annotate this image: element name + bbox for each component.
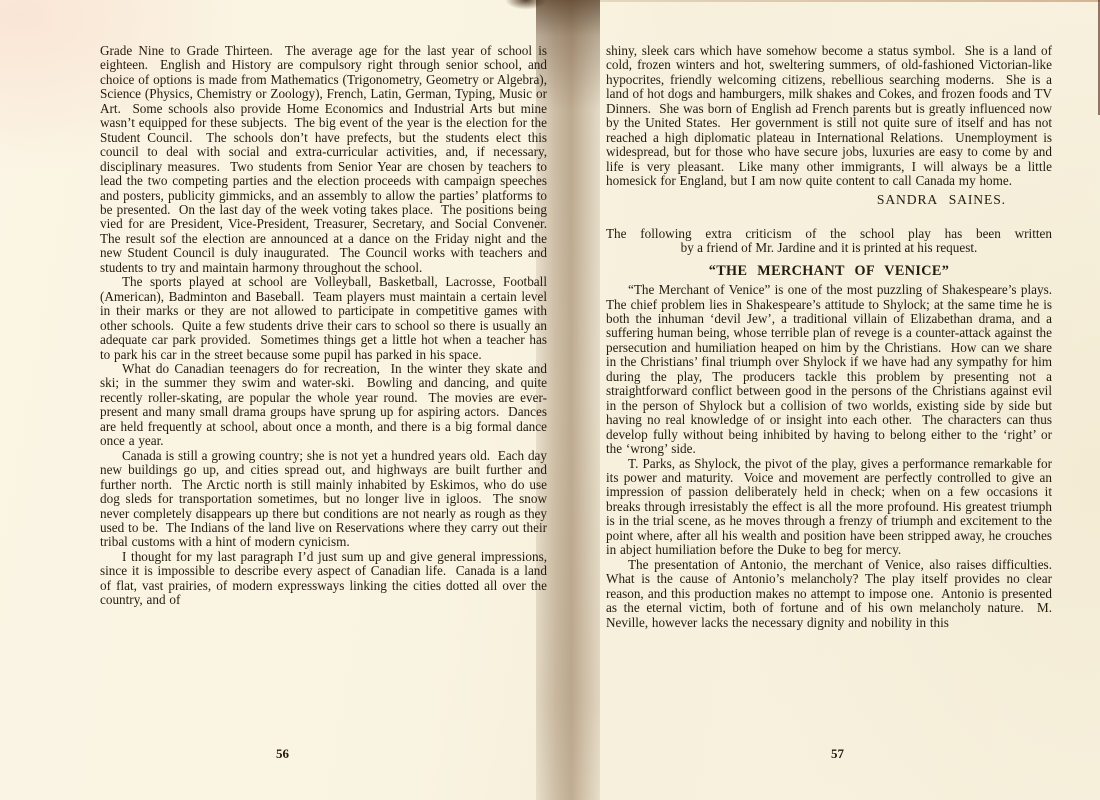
review-paragraph-shylock-problem: “The Merchant of Venice” is one of the m… (606, 283, 1052, 456)
right-page-text-column: shiny, sleek cars which have somehow bec… (606, 44, 1052, 630)
left-paragraph-summary: I thought for my last paragraph I’d just… (100, 550, 547, 608)
editor-note-line2: by a friend of Mr. Jardine and it is pri… (606, 241, 1052, 256)
review-paragraph-antonio: The presentation of Antonio, the merchan… (606, 558, 1052, 630)
right-paragraph-continuation: shiny, sleek cars which have somehow bec… (606, 44, 1052, 189)
left-page-text-column: Grade Nine to Grade Thirteen. The averag… (100, 44, 547, 608)
review-paragraph-t-parks: T. Parks, as Shylock, the pivot of the p… (606, 457, 1052, 558)
left-paragraph-growing-country: Canada is still a growing country; she i… (100, 449, 547, 550)
gutter-top-shadow (500, 0, 552, 16)
book-spread: Grade Nine to Grade Thirteen. The averag… (0, 0, 1100, 800)
right-page-number: 57 (575, 746, 1100, 762)
review-heading: “THE MERCHANT OF VENICE” (606, 263, 1052, 280)
author-signature: SANDRA SAINES. (606, 192, 1052, 208)
page-top-edge (600, 0, 1100, 2)
left-paragraph-recreation: What do Canadian teenagers do for recrea… (100, 362, 547, 449)
editor-note-line1: The following extra criticism of the sch… (606, 227, 1052, 242)
left-paragraph-continuation: Grade Nine to Grade Thirteen. The averag… (100, 44, 547, 275)
left-page-number: 56 (0, 746, 565, 762)
left-paragraph-sports: The sports played at school are Volleyba… (100, 275, 547, 362)
editor-note: The following extra criticism of the sch… (606, 227, 1052, 257)
